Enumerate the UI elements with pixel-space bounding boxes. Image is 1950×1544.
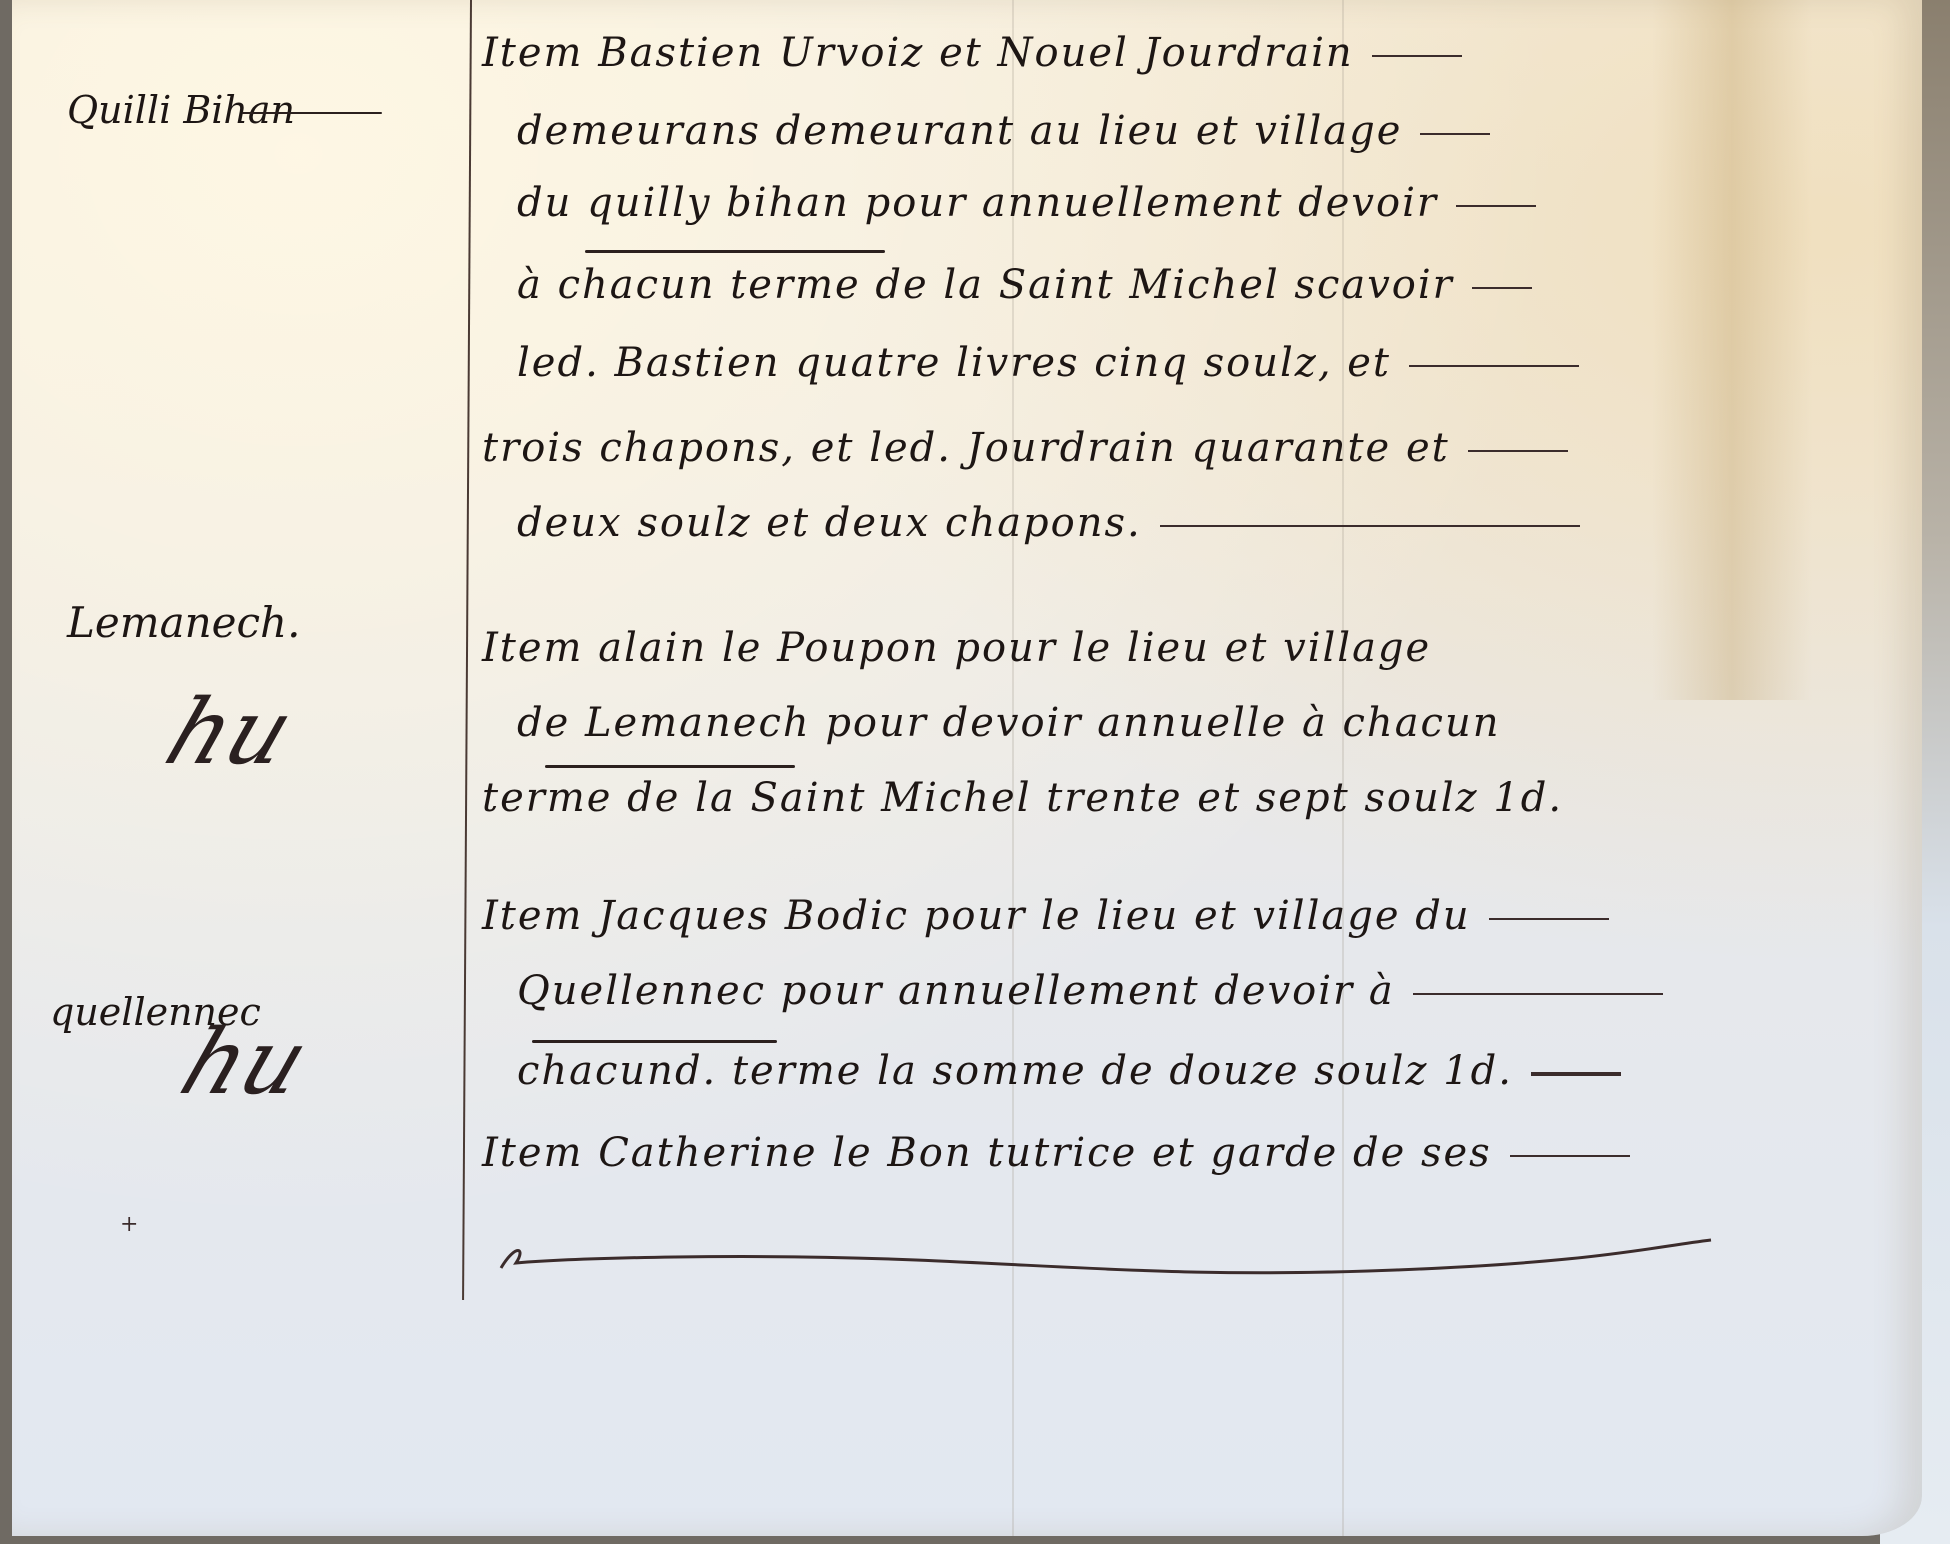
- place-name-underline: [545, 765, 795, 768]
- margin-mark: +: [120, 1212, 138, 1237]
- paper-shadow: [1652, 0, 1812, 700]
- margin-note-lemanech: Lemanech.: [67, 598, 300, 647]
- closing-flourish-line: [496, 1238, 1716, 1278]
- manuscript-page: Quilli Bihan Lemanech. hu quellennec hu …: [12, 0, 1922, 1536]
- paper-fold: [1012, 0, 1014, 1536]
- place-name-underline: [585, 250, 885, 253]
- text-line-9: de Lemanech pour devoir annuelle à chacu…: [517, 700, 1500, 746]
- text-line-2: demeurans demeurant au lieu et village: [517, 108, 1490, 154]
- text-line-11: Item Jacques Bodic pour le lieu et villa…: [482, 893, 1609, 939]
- text-line-8: Item alain le Poupon pour le lieu et vil…: [482, 625, 1431, 671]
- margin-note-underline: [242, 112, 382, 114]
- margin-note-quilli-bihan: Quilli Bihan: [67, 88, 295, 132]
- margin-rule-line: [462, 0, 472, 1300]
- text-line-14: Item Catherine le Bon tutrice et garde d…: [482, 1130, 1630, 1176]
- paper-fold: [1342, 0, 1344, 1536]
- text-line-7: deux soulz et deux chapons.: [517, 500, 1580, 546]
- text-line-5: led. Bastien quatre livres cinq soulz, e…: [517, 340, 1579, 386]
- text-line-13: chacund. terme la somme de douze soulz 1…: [517, 1048, 1621, 1094]
- text-line-3: du quilly bihan pour annuellement devoir: [517, 180, 1536, 226]
- text-line-6: trois chapons, et led. Jourdrain quarant…: [482, 425, 1568, 471]
- paraph-signature: hu: [153, 680, 307, 785]
- text-line-1: Item Bastien Urvoiz et Nouel Jourdrain: [482, 30, 1462, 76]
- text-line-4: à chacun terme de la Saint Michel scavoi…: [517, 262, 1532, 308]
- text-line-10: terme de la Saint Michel trente et sept …: [482, 775, 1563, 821]
- text-line-12: Quellennec pour annuellement devoir à: [517, 968, 1663, 1014]
- place-name-underline: [532, 1040, 777, 1043]
